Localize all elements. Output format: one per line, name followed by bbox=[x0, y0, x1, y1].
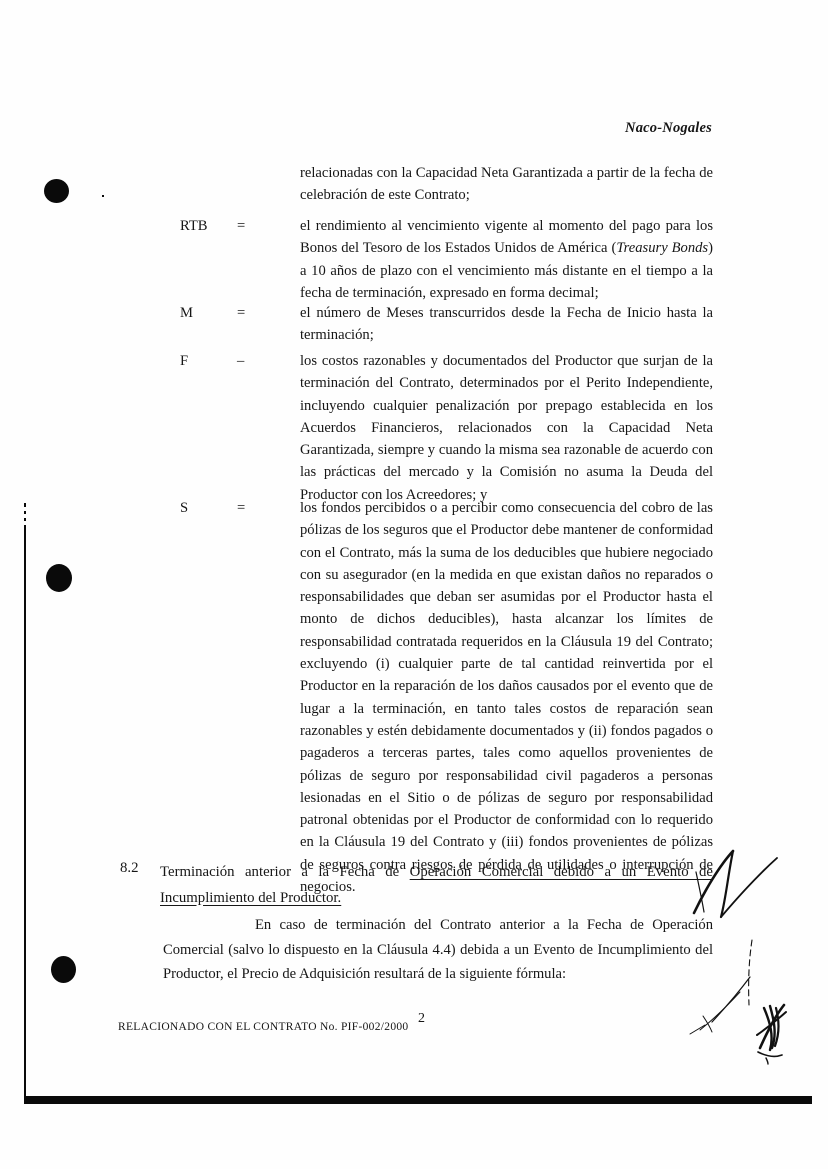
punch-hole-top bbox=[44, 179, 69, 203]
section-heading: Terminación anterior a la Fecha de Opera… bbox=[160, 860, 713, 911]
definition-term: F bbox=[180, 350, 237, 506]
definition-text: el número de Meses transcurridos desde l… bbox=[300, 302, 713, 347]
definition-text-italic: Treasury Bonds bbox=[616, 240, 708, 256]
page-edge-dash bbox=[24, 511, 26, 514]
page-edge-bottom-bar bbox=[24, 1096, 812, 1104]
running-header-project: Naco-Nogales bbox=[625, 120, 712, 137]
definition-text: los costos razonables y documentados del… bbox=[300, 350, 713, 506]
punch-hole-middle bbox=[46, 564, 72, 592]
page-edge-dash bbox=[24, 518, 26, 521]
definition-text: el rendimiento al vencimiento vigente al… bbox=[300, 215, 713, 304]
scanned-contract-page: Naco-Nogales relacionadas con la Capacid… bbox=[0, 0, 828, 1169]
definition-row-m: M = el número de Meses transcurridos des… bbox=[180, 302, 713, 347]
scan-speck bbox=[102, 195, 104, 197]
definition-term: S bbox=[180, 497, 237, 898]
definition-row-rtb: RTB = el rendimiento al vencimiento vige… bbox=[180, 215, 713, 304]
equals-sign: = bbox=[237, 497, 300, 898]
punch-hole-bottom bbox=[51, 956, 76, 983]
definition-text: los fondos percibidos o a percibir como … bbox=[300, 497, 713, 898]
equals-sign: – bbox=[237, 350, 300, 506]
footer-contract-reference: RELACIONADO CON EL CONTRATO No. PIF-002/… bbox=[118, 1021, 408, 1033]
definition-term: M bbox=[180, 302, 237, 347]
page-edge-line bbox=[24, 525, 26, 1102]
section-heading-plain: Terminación anterior a la Fecha de bbox=[160, 864, 410, 880]
section-body-paragraph: En caso de terminación del Contrato ante… bbox=[163, 913, 713, 987]
section-number: 8.2 bbox=[120, 860, 139, 877]
intro-paragraph: relacionadas con la Capacidad Neta Garan… bbox=[300, 162, 713, 207]
definition-row-s: S = los fondos percibidos o a percibir c… bbox=[180, 497, 713, 898]
equals-sign: = bbox=[237, 302, 300, 347]
page-number: 2 bbox=[418, 1011, 425, 1027]
page-edge-dash bbox=[24, 503, 26, 507]
definition-term: RTB bbox=[180, 215, 237, 304]
definition-row-f: F – los costos razonables y documentados… bbox=[180, 350, 713, 506]
equals-sign: = bbox=[237, 215, 300, 304]
